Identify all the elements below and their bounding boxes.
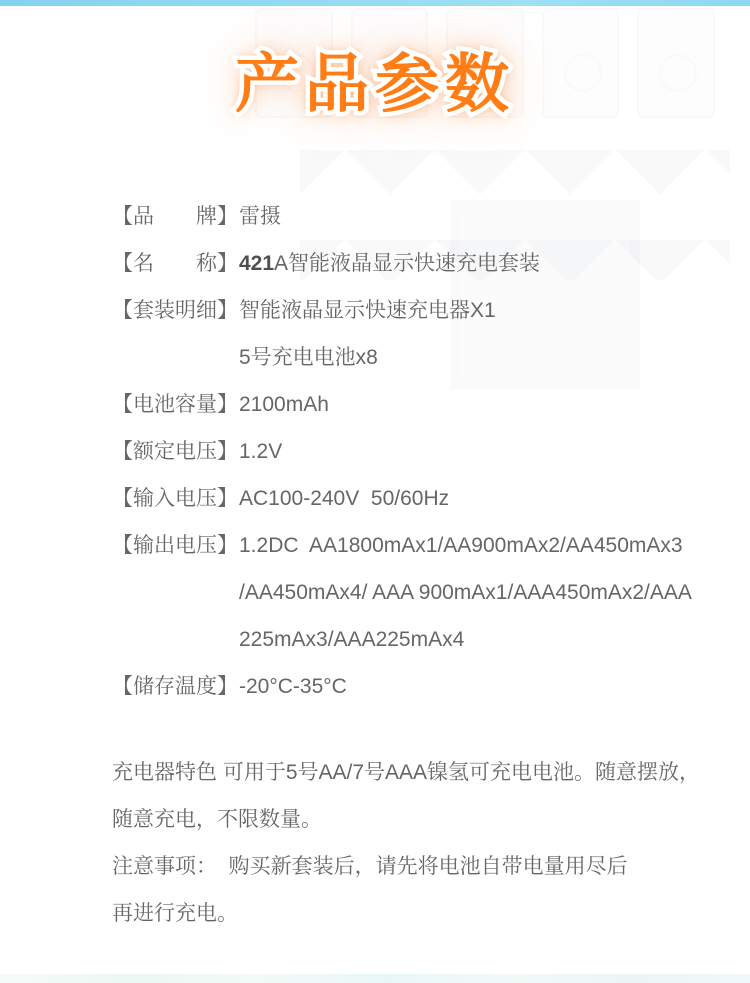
spec-row-set-detail: 【套装明细】 智能液晶显示快速充电器X1 5号充电电池x8 [112, 287, 712, 381]
spec-value-line: /AA450mAx4/ AAA 900mAx1/AAA450mAx2/AAA [239, 569, 712, 616]
spec-value: 雷摄 [239, 193, 712, 240]
spec-value-line: 5号充电电池x8 [239, 334, 712, 381]
spec-value: -20°C-35°C [239, 663, 712, 710]
spec-row-storage-temp: 【储存温度】 -20°C-35°C [112, 663, 712, 710]
notes-section: 充电器特色 可用于5号AA/7号AAA镍氢可充电电池。随意摆放， 随意充电，不限… [112, 749, 722, 937]
spec-value: 2100mAh [239, 381, 712, 428]
page-title: 产品参数 产品参数 [0, 36, 750, 132]
model-number: 421 [239, 252, 274, 275]
charger-feature-note-line: 随意充电，不限数量。 [112, 796, 722, 843]
spec-label: 【名 称】 [112, 240, 239, 287]
charger-feature-note-line: 充电器特色 可用于5号AA/7号AAA镍氢可充电电池。随意摆放， [112, 749, 722, 796]
spec-label: 【品 牌】 [112, 193, 239, 240]
spec-value: 421A智能液晶显示快速充电套装 [239, 240, 712, 287]
spec-label: 【套装明细】 [112, 287, 239, 334]
caution-note-line: 注意事项： 购买新套装后，请先将电池自带电量用尽后 [112, 843, 722, 890]
caution-note-line: 再进行充电。 [112, 890, 722, 937]
spec-label: 【电池容量】 [112, 381, 239, 428]
spec-label: 【储存温度】 [112, 663, 239, 710]
spec-row-brand: 【品 牌】 雷摄 [112, 193, 712, 240]
spec-row-input-voltage: 【输入电压】 AC100-240V 50/60Hz [112, 475, 712, 522]
spec-value-line: 1.2DC AA1800mAx1/AA900mAx2/AA450mAx3 [239, 522, 712, 569]
spec-label: 【输入电压】 [112, 475, 239, 522]
spec-label: 【额定电压】 [112, 428, 239, 475]
spec-list: 【品 牌】 雷摄 【名 称】 421A智能液晶显示快速充电套装 【套装明细】 智… [112, 193, 712, 710]
spec-value-line: 225mAx3/AAA225mAx4 [239, 616, 712, 663]
product-name-text: A智能液晶显示快速充电套装 [274, 252, 540, 275]
page-title-text: 产品参数 [0, 36, 750, 132]
bottom-accent-strip [0, 974, 750, 983]
spec-value: 1.2V [239, 428, 712, 475]
spec-value: AC100-240V 50/60Hz [239, 475, 712, 522]
spec-row-output-voltage: 【输出电压】 1.2DC AA1800mAx1/AA900mAx2/AA450m… [112, 522, 712, 663]
spec-row-name: 【名 称】 421A智能液晶显示快速充电套装 [112, 240, 712, 287]
spec-value-line: 智能液晶显示快速充电器X1 [239, 287, 712, 334]
spec-row-rated-voltage: 【额定电压】 1.2V [112, 428, 712, 475]
product-parameters-page: 产品参数 产品参数 【品 牌】 雷摄 【名 称】 421A智能液晶显示快速充电套… [0, 0, 750, 983]
spec-label: 【输出电压】 [112, 522, 239, 569]
spec-row-battery-capacity: 【电池容量】 2100mAh [112, 381, 712, 428]
top-accent-bar [0, 0, 750, 6]
